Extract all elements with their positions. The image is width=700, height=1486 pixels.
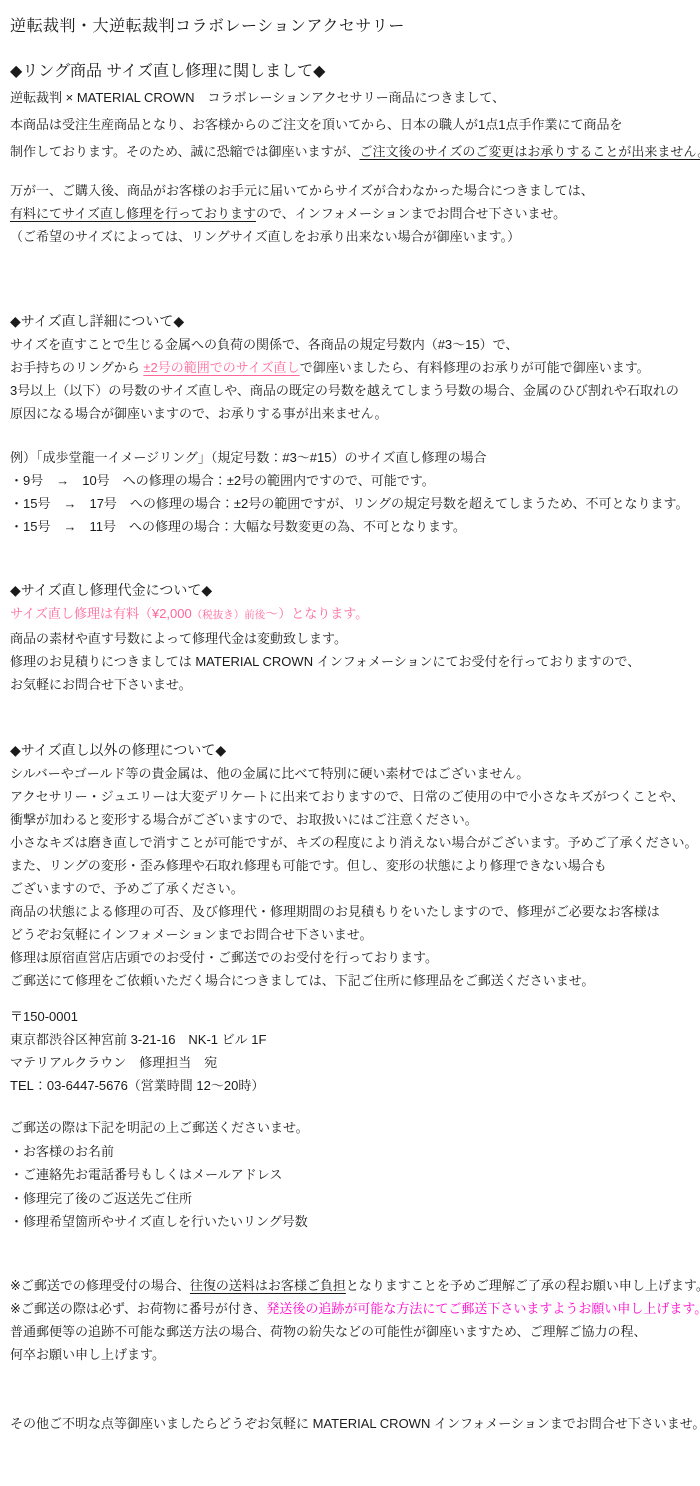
text-segment: 原因になる場合が御座いますので、お承りする事が出来ません。: [10, 406, 388, 421]
text-segment: 本商品は受注生産商品となり、お客様からのご注文を頂いてから、日本の職人が1点1点…: [10, 117, 622, 132]
text-segment: 逆転裁判 × MATERIAL CROWN コラボレーションアクセサリー商品につ…: [10, 90, 505, 105]
text-line: ・修理完了後のご返送先ご住所: [10, 1187, 698, 1211]
text-line: ご郵送にて修理をご依頼いただく場合につきましては、下記ご住所に修理品をご郵送くだ…: [10, 969, 698, 992]
text-segment: お手持ちのリングから: [10, 360, 143, 375]
text-segment: 〒150-0001: [10, 1009, 78, 1024]
paragraph: 逆転裁判 × MATERIAL CROWN コラボレーションアクセサリー商品につ…: [10, 84, 698, 165]
text-line: 例）「成歩堂龍一イメージリング」（規定号数：#3～#15）のサイズ直し修理の場合: [10, 446, 698, 469]
text-segment: どうぞお気軽にインフォメーションまでお問合せ下さいませ。: [10, 927, 372, 942]
text-line: 衝撃が加わると変形する場合がございますので、お取扱いにはご注意ください。: [10, 808, 698, 831]
text-line: ・修理希望箇所やサイズ直しを行いたいリング号数: [10, 1210, 698, 1234]
text-segment: ※ご郵送での修理受付の場合、: [10, 1278, 190, 1293]
heading-block: ◆サイズ直し修理代金について◆: [10, 579, 698, 602]
text-line: 普通郵便等の追跡不可能な郵送方法の場合、荷物の紛失などの可能性が御座いますため、…: [10, 1320, 698, 1343]
title-block: 逆転裁判・大逆転裁判コラボレーションアクセサリー: [10, 14, 698, 40]
text-segment: その他ご不明な点等御座いましたらどうぞお気軽に MATERIAL CROWN イ…: [10, 1416, 700, 1431]
paragraph: その他ご不明な点等御座いましたらどうぞお気軽に MATERIAL CROWN イ…: [10, 1412, 698, 1435]
text-segment: 制作しております。そのため、誠に恐縮では御座いますが、: [10, 144, 359, 159]
text-line: ・お客様のお名前: [10, 1140, 698, 1164]
text-segment: ・お客様のお名前: [10, 1144, 114, 1159]
text-line: 逆転裁判 × MATERIAL CROWN コラボレーションアクセサリー商品につ…: [10, 84, 698, 111]
text-segment: 普通郵便等の追跡不可能な郵送方法の場合、荷物の紛失などの可能性が御座いますため、…: [10, 1324, 646, 1339]
text-segment: ・15号 → 11号 への修理の場合：大幅な号数変更の為、不可となります。: [10, 519, 466, 534]
document: 逆転裁判・大逆転裁判コラボレーションアクセサリー◆リング商品 サイズ直し修理に関…: [0, 0, 700, 1486]
paragraph: 例）「成歩堂龍一イメージリング」（規定号数：#3～#15）のサイズ直し修理の場合…: [10, 446, 698, 538]
text-line: お手持ちのリングから ±2号の範囲でのサイズ直しで御座いましたら、有料修理のお承…: [10, 356, 698, 379]
heading-block: ◆サイズ直し以外の修理について◆: [10, 739, 698, 762]
text-line: 商品の素材や直す号数によって修理代金は変動致します。: [10, 627, 698, 650]
text-segment: サイズ直し修理は有料（¥2,000: [10, 606, 192, 621]
text-line: 有料にてサイズ直し修理を行っておりますので、インフォメーションまでお問合せ下さい…: [10, 202, 698, 225]
text-segment: 往復の送料はお客様ご負担: [190, 1278, 346, 1293]
text-line: 小さなキズは磨き直しで消すことが可能ですが、キズの程度により消えない場合がござい…: [10, 831, 698, 854]
text-segment: お気軽にお問合せ下さいませ。: [10, 677, 192, 692]
text-line: （ご希望のサイズによっては、リングサイズ直しをお承り出来ない場合が御座います。）: [10, 225, 698, 248]
text-segment: 発送後の追跡が可能な方法にてご郵送下さいますようお願い申し上げます。: [266, 1301, 700, 1316]
text-segment: 有料にてサイズ直し修理を行っております: [10, 206, 256, 221]
text-segment: ご郵送の際は下記を明記の上ご郵送くださいませ。: [10, 1120, 309, 1135]
section-heading: ◆サイズ直し修理代金について◆: [10, 579, 698, 602]
text-segment: ・9号 → 10号 への修理の場合：±2号の範囲内ですので、可能です。: [10, 473, 435, 488]
text-segment: ご郵送にて修理をご依頼いただく場合につきましては、下記ご住所に修理品をご郵送くだ…: [10, 973, 594, 988]
section-heading: ◆サイズ直し詳細について◆: [10, 310, 698, 333]
text-segment: 修理は原宿直営店店頭でのお受付・ご郵送でのお受付を行っております。: [10, 950, 438, 965]
text-segment: となりますことを予めご理解ご了承の程お願い申し上げます。: [346, 1278, 700, 1293]
text-segment: 万が一、ご購入後、商品がお客様のお手元に届いてからサイズが合わなかった場合につき…: [10, 183, 594, 198]
text-segment: ～）となります。: [265, 606, 368, 621]
text-line: 商品の状態による修理の可否、及び修理代・修理期間のお見積もりをいたしますので、修…: [10, 900, 698, 923]
text-segment: 東京都渋谷区神宮前 3-21-16 NK-1 ビル 1F: [10, 1032, 266, 1047]
heading-block: ◆サイズ直し詳細について◆: [10, 310, 698, 333]
text-segment: ◆サイズ直し以外の修理について◆: [10, 742, 226, 758]
text-line: TEL：03-6447-5676（営業時間 12～20時）: [10, 1074, 698, 1097]
text-segment: 例）「成歩堂龍一イメージリング」（規定号数：#3～#15）のサイズ直し修理の場合: [10, 450, 486, 465]
text-segment: 修理のお見積りにつきましては MATERIAL CROWN インフォメーションに…: [10, 654, 640, 669]
text-segment: シルバーやゴールド等の貴金属は、他の金属に比べて特別に硬い素材ではございません。: [10, 766, 529, 781]
text-segment: ±2号の範囲でのサイズ直し: [143, 360, 299, 375]
text-line: 〒150-0001: [10, 1005, 698, 1028]
text-segment: また、リングの変形・歪み修理や石取れ修理も可能です。但し、変形の状態により修理で…: [10, 858, 607, 873]
text-line: お気軽にお問合せ下さいませ。: [10, 673, 698, 696]
text-line: ・15号 → 11号 への修理の場合：大幅な号数変更の為、不可となります。: [10, 515, 698, 538]
text-segment: 商品の状態による修理の可否、及び修理代・修理期間のお見積もりをいたしますので、修…: [10, 904, 660, 919]
text-segment: ございますので、予めご了承ください。: [10, 881, 244, 896]
text-segment: ・修理希望箇所やサイズ直しを行いたいリング号数: [10, 1214, 308, 1229]
text-line: 原因になる場合が御座いますので、お承りする事が出来ません。: [10, 402, 698, 425]
paragraph: シルバーやゴールド等の貴金属は、他の金属に比べて特別に硬い素材ではございません。…: [10, 762, 698, 992]
text-segment: ◆リング商品 サイズ直し修理に関しまして◆: [10, 63, 325, 80]
section-heading: ◆サイズ直し以外の修理について◆: [10, 739, 698, 762]
text-line: ・ご連絡先お電話番号もしくはメールアドレス: [10, 1163, 698, 1187]
text-line: アクセサリー・ジュエリーは大変デリケートに出来ておりますので、日常のご使用の中で…: [10, 785, 698, 808]
text-line: 東京都渋谷区神宮前 3-21-16 NK-1 ビル 1F: [10, 1028, 698, 1051]
text-line: 制作しております。そのため、誠に恐縮では御座いますが、ご注文後のサイズのご変更は…: [10, 138, 698, 165]
text-segment: アクセサリー・ジュエリーは大変デリケートに出来ておりますので、日常のご使用の中で…: [10, 789, 684, 804]
text-segment: ご注文後のサイズのご変更はお承りすることが出来ません。: [359, 144, 700, 159]
text-line: ご郵送の際は下記を明記の上ご郵送くださいませ。: [10, 1116, 698, 1140]
text-line: ございますので、予めご了承ください。: [10, 877, 698, 900]
paragraph: ※ご郵送での修理受付の場合、往復の送料はお客様ご負担となりますことを予めご理解ご…: [10, 1274, 698, 1366]
text-line: 修理のお見積りにつきましては MATERIAL CROWN インフォメーションに…: [10, 650, 698, 673]
text-segment: ・ご連絡先お電話番号もしくはメールアドレス: [10, 1167, 282, 1182]
text-segment: ・修理完了後のご返送先ご住所: [10, 1191, 192, 1206]
text-segment: （税抜き）前後: [192, 609, 266, 621]
text-line: ・15号 → 17号 への修理の場合：±2号の範囲ですが、リングの規定号数を超え…: [10, 492, 698, 515]
text-segment: TEL：03-6447-5676（営業時間 12～20時）: [10, 1078, 264, 1093]
text-segment: 小さなキズは磨き直しで消すことが可能ですが、キズの程度により消えない場合がござい…: [10, 835, 697, 850]
document-title: 逆転裁判・大逆転裁判コラボレーションアクセサリー: [10, 14, 698, 40]
text-line: 修理は原宿直営店店頭でのお受付・ご郵送でのお受付を行っております。: [10, 946, 698, 969]
text-segment: マテリアルクラウン 修理担当 宛: [10, 1055, 217, 1070]
text-line: 何卒お願い申し上げます。: [10, 1343, 698, 1366]
paragraph: サイズ直し修理は有料（¥2,000（税抜き）前後～）となります。商品の素材や直す…: [10, 602, 698, 696]
text-line: ※ご郵送での修理受付の場合、往復の送料はお客様ご負担となりますことを予めご理解ご…: [10, 1274, 698, 1297]
text-segment: 商品の素材や直す号数によって修理代金は変動致します。: [10, 631, 347, 646]
paragraph: 万が一、ご購入後、商品がお客様のお手元に届いてからサイズが合わなかった場合につき…: [10, 179, 698, 248]
text-line: その他ご不明な点等御座いましたらどうぞお気軽に MATERIAL CROWN イ…: [10, 1412, 698, 1435]
main-heading-block: ◆リング商品 サイズ直し修理に関しまして◆: [10, 60, 698, 84]
text-line: ・9号 → 10号 への修理の場合：±2号の範囲内ですので、可能です。: [10, 469, 698, 492]
text-segment: ◆サイズ直し修理代金について◆: [10, 582, 212, 598]
text-segment: サイズを直すことで生じる金属への負荷の関係で、各商品の規定号数内（#3～15）で…: [10, 337, 518, 352]
text-line: シルバーやゴールド等の貴金属は、他の金属に比べて特別に硬い素材ではございません。: [10, 762, 698, 785]
text-segment: ◆サイズ直し詳細について◆: [10, 313, 184, 329]
text-line: 本商品は受注生産商品となり、お客様からのご注文を頂いてから、日本の職人が1点1点…: [10, 111, 698, 138]
text-segment: （ご希望のサイズによっては、リングサイズ直しをお承り出来ない場合が御座います。）: [10, 229, 520, 244]
text-segment: 逆転裁判・大逆転裁判コラボレーションアクセサリー: [10, 18, 405, 35]
text-segment: 3号以上（以下）の号数のサイズ直しや、商品の既定の号数を越えてしまう号数の場合、…: [10, 383, 679, 398]
text-line: サイズ直し修理は有料（¥2,000（税抜き）前後～）となります。: [10, 602, 698, 627]
text-line: サイズを直すことで生じる金属への負荷の関係で、各商品の規定号数内（#3～15）で…: [10, 333, 698, 356]
text-line: 万が一、ご購入後、商品がお客様のお手元に届いてからサイズが合わなかった場合につき…: [10, 179, 698, 202]
paragraph: サイズを直すことで生じる金属への負荷の関係で、各商品の規定号数内（#3～15）で…: [10, 333, 698, 425]
paragraph: ご郵送の際は下記を明記の上ご郵送くださいませ。・お客様のお名前・ご連絡先お電話番…: [10, 1116, 698, 1234]
text-line: また、リングの変形・歪み修理や石取れ修理も可能です。但し、変形の状態により修理で…: [10, 854, 698, 877]
paragraph: 〒150-0001東京都渋谷区神宮前 3-21-16 NK-1 ビル 1Fマテリ…: [10, 1005, 698, 1097]
text-segment: で御座いましたら、有料修理のお承りが可能で御座います。: [300, 360, 650, 375]
text-line: マテリアルクラウン 修理担当 宛: [10, 1051, 698, 1074]
text-segment: 何卒お願い申し上げます。: [10, 1347, 165, 1362]
text-line: ※ご郵送の際は必ず、お荷物に番号が付き、発送後の追跡が可能な方法にてご郵送下さい…: [10, 1297, 698, 1320]
text-segment: ※ご郵送の際は必ず、お荷物に番号が付き、: [10, 1301, 266, 1316]
main-heading: ◆リング商品 サイズ直し修理に関しまして◆: [10, 60, 698, 84]
text-line: どうぞお気軽にインフォメーションまでお問合せ下さいませ。: [10, 923, 698, 946]
text-segment: 衝撃が加わると変形する場合がございますので、お取扱いにはご注意ください。: [10, 812, 478, 827]
text-segment: ・15号 → 17号 への修理の場合：±2号の範囲ですが、リングの規定号数を超え…: [10, 496, 688, 511]
text-segment: ので、インフォメーションまでお問合せ下さいませ。: [256, 206, 566, 221]
text-line: 3号以上（以下）の号数のサイズ直しや、商品の既定の号数を越えてしまう号数の場合、…: [10, 379, 698, 402]
